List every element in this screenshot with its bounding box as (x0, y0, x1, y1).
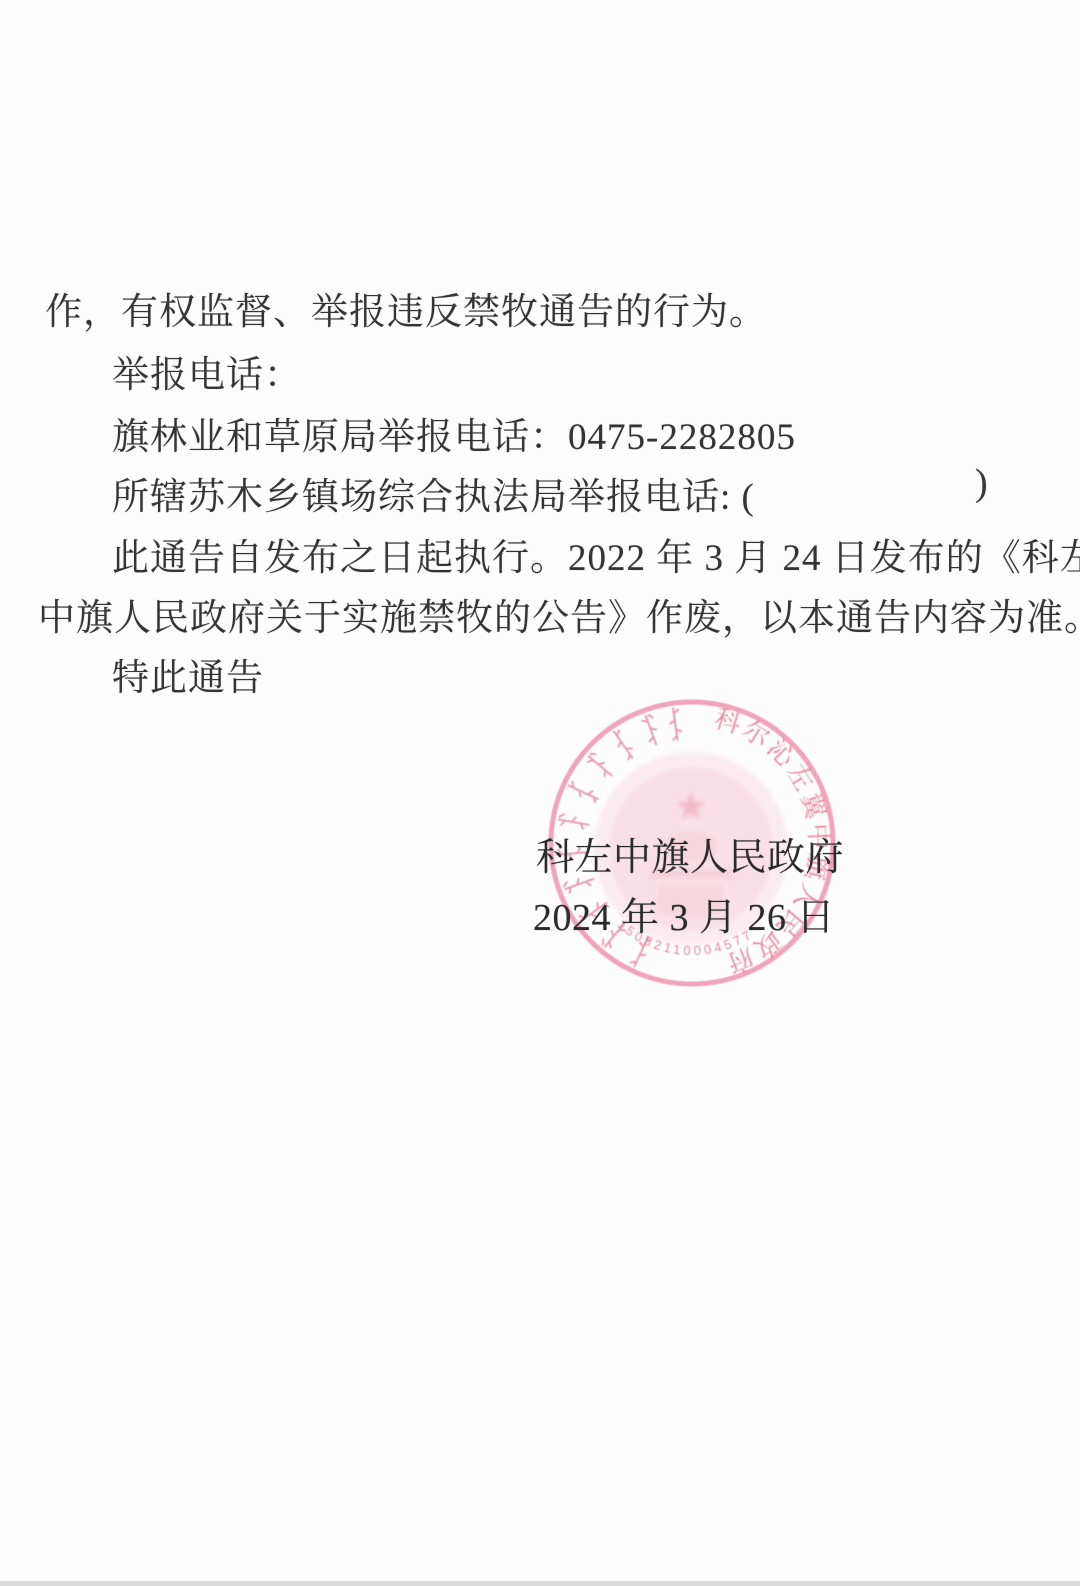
body-line-5: 此通告自发布之日起执行。2022 年 3 月 24 日发布的《科左 (112, 527, 1080, 581)
signature-date: 2024 年 3 月 26 日 (533, 886, 835, 941)
body-line-2: 举报电话： (112, 344, 302, 398)
body-line-7: 特此通告 (112, 647, 264, 701)
document-page: 作，有权监督、举报违反禁牧通告的行为。 举报电话： 旗林业和草原局举报电话：04… (0, 0, 1080, 1586)
body-line-1: 作，有权监督、举报违反禁牧通告的行为。 (45, 281, 767, 335)
scan-bottom-edge (0, 1581, 1080, 1586)
body-line-3: 旗林业和草原局举报电话：0475-2282805 (112, 406, 796, 460)
body-line-4: 所辖苏木乡镇场综合执法局举报电话: ( (112, 466, 755, 520)
close-paren: ) (975, 461, 988, 505)
signature-issuer: 科左中旗人民政府 (536, 826, 844, 881)
body-line-6: 中旗人民政府关于实施禁牧的公告》作废，以本通告内容为准。 (38, 587, 1080, 641)
